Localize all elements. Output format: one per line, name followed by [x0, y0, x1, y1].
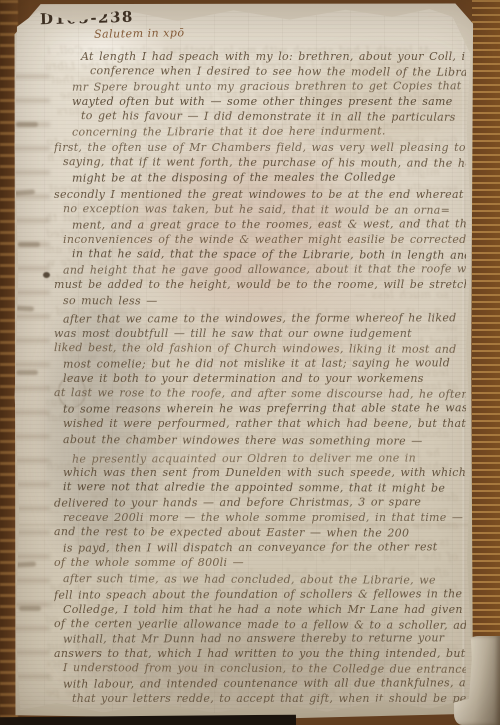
handwritten-line: fell into speach about the foundation of…: [54, 587, 466, 603]
handwritten-line: with labour, and intended countenance wi…: [63, 676, 466, 692]
handwritten-line: mr Spere brought unto my gracious brethr…: [72, 79, 466, 95]
handwritten-line: receave 200li more — the whole somme pro…: [63, 511, 466, 526]
handwritten-line: of the whole somme of 800li —: [54, 556, 466, 571]
handwritten-line: wayted often but with — some other thing…: [72, 95, 466, 110]
handwritten-line: wished it were perfourmed, rather that w…: [63, 417, 466, 432]
handwritten-line: first, the often use of Mr Chambers fiel…: [54, 141, 466, 156]
handwritten-line: after that we came to the windowes, the …: [63, 312, 466, 328]
handwritten-line: he presently acquainted our Oldren to de…: [72, 451, 466, 467]
handwritten-line: leave it both to your determination and …: [63, 372, 466, 387]
bleedthrough-mark: [16, 122, 38, 127]
handwritten-line: at last we rose to the roofe, and after …: [54, 386, 466, 403]
handwritten-line: Colledge, I told him that he had a note …: [63, 603, 466, 618]
wood-grain-right: [472, 0, 500, 725]
handwritten-line: ment, and a great grace to the roomes, e…: [72, 217, 466, 233]
handwritten-line: and the rest to be expected about Easter…: [54, 525, 466, 542]
faint-circle-mark: [58, 376, 86, 408]
handwritten-line: was most doubtfull — till he saw that ou…: [54, 327, 466, 342]
handwritten-line: At length I had speach with my lo: breth…: [81, 50, 466, 65]
handwritten-line: secondly I mentioned the great windowes …: [54, 188, 466, 203]
handwritten-line: concerning the Librarie that it doe here…: [72, 124, 466, 140]
margin-bleedthrough-marks: [12, 74, 50, 684]
handwritten-line: which was then sent from Dunelden with s…: [63, 466, 466, 481]
handwritten-line: conference when I desired to see how the…: [90, 64, 466, 81]
manuscript-page: At length I had speach with my lo: breth…: [10, 4, 476, 716]
bleedthrough-mark: [16, 370, 38, 375]
handwritten-line: most comelie; but he did not mislike it …: [63, 356, 466, 372]
handwritten-line: about the chamber windowes there was som…: [63, 433, 466, 450]
bleedthrough-mark: [18, 242, 40, 247]
handwritten-line: answers to that, which I had written to …: [54, 647, 466, 662]
salutation-heading: Salutem in xpō: [94, 26, 185, 41]
handwritten-line: inconveniences of the winde & weather mi…: [63, 233, 466, 248]
ink-blot: [43, 272, 50, 278]
handwritten-line: to some reasons wherein he was preferrin…: [63, 401, 466, 417]
handwritten-line: withall, that Mr Dunn had no answere the…: [63, 632, 466, 648]
handwritten-line: to get his favour — I did demonstrate it…: [81, 109, 466, 126]
handwritten-line: might be at the disposing of the meales …: [72, 171, 466, 187]
handwritten-line: no exception was taken, but he said, tha…: [63, 202, 466, 219]
manuscript-photo: At length I had speach with my lo: breth…: [0, 0, 500, 725]
handwritten-line: must be added to the height, would be to…: [54, 278, 466, 293]
table-shadow-strip: [0, 715, 296, 725]
bleedthrough-mark: [19, 606, 41, 611]
handwritten-line: after such time, as we had concluded, ab…: [63, 572, 466, 589]
handwritten-line: in that he said, that the space of the L…: [72, 247, 466, 264]
handwritten-line: and height that he gave good allowance, …: [63, 262, 466, 278]
manuscript-text: At length I had speach with my lo: breth…: [54, 50, 466, 710]
handwritten-line: delivered to your hands — and before Chr…: [54, 496, 466, 512]
handwritten-line: is payd, then I will dispatch an conveya…: [63, 540, 466, 556]
handwritten-line: so much less —: [63, 294, 466, 311]
